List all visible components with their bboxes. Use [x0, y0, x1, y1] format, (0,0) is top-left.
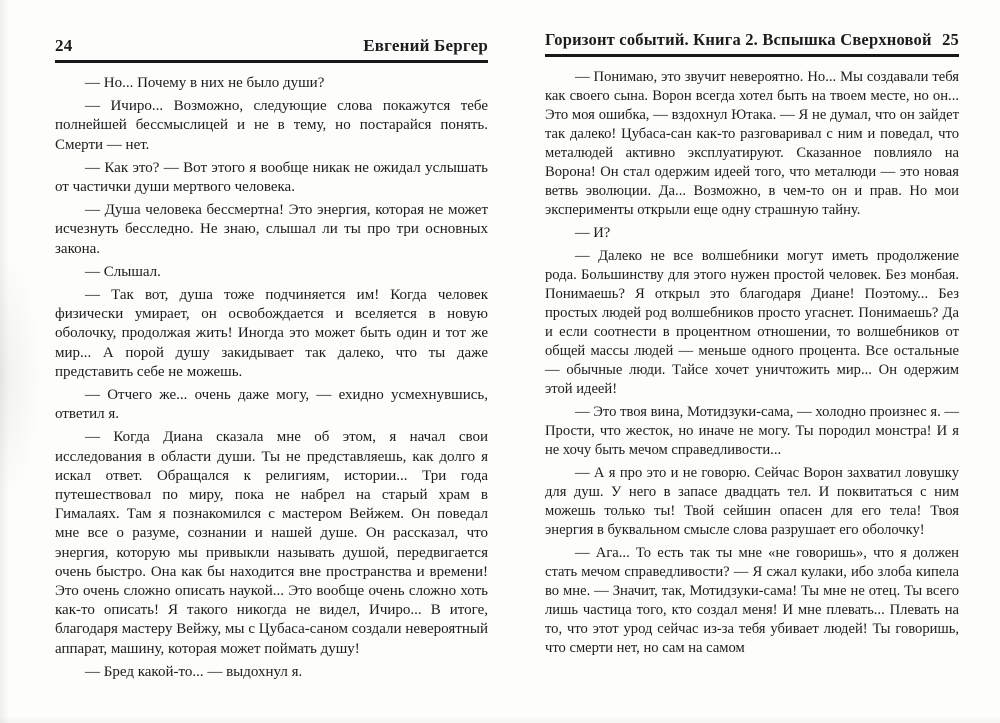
- paragraph: — Душа человека бессмертна! Это энергия,…: [55, 201, 488, 259]
- running-title-author: Евгений Бергер: [363, 36, 488, 56]
- paragraph: — А я про это и не говорю. Сейчас Ворон …: [545, 464, 959, 540]
- paragraph: — Так вот, душа тоже подчиняется им! Ког…: [55, 286, 488, 382]
- paragraph: — Это твоя вина, Мотидзуки-сама, — холод…: [545, 403, 959, 460]
- paragraph: — Как это? — Вот этого я вообще никак не…: [55, 159, 488, 197]
- paragraph: — Но... Почему в них не было души?: [55, 74, 488, 93]
- page-number-right: 25: [942, 30, 959, 50]
- paragraph: — Слышал.: [55, 263, 488, 282]
- paragraph: — И?: [545, 224, 959, 243]
- paragraph: — Отчего же... очень даже могу, — ехидно…: [55, 386, 488, 424]
- book-spread-scan: 24 Евгений Бергер — Но... Почему в них н…: [0, 0, 1000, 723]
- page-24: 24 Евгений Бергер — Но... Почему в них н…: [55, 36, 488, 682]
- paragraph: — Ага... То есть так ты мне «не говоришь…: [545, 544, 959, 658]
- page-25-running-head: Горизонт событий. Книга 2. Вспышка Сверх…: [545, 30, 959, 57]
- page-24-running-head: 24 Евгений Бергер: [55, 36, 488, 63]
- page-25-text: — Понимаю, это звучит невероятно. Но... …: [545, 68, 959, 658]
- paragraph: — Ичиро... Возможно, следующие слова пок…: [55, 97, 488, 155]
- paragraph: — Далеко не все волшебники могут иметь п…: [545, 247, 959, 399]
- page-24-text: — Но... Почему в них не было души?— Ичир…: [55, 74, 488, 682]
- paragraph: — Когда Диана сказала мне об этом, я нач…: [55, 428, 488, 658]
- page-25: Горизонт событий. Книга 2. Вспышка Сверх…: [545, 30, 959, 658]
- running-title-book: Горизонт событий. Книга 2. Вспышка Сверх…: [545, 30, 932, 50]
- paragraph: — Понимаю, это звучит невероятно. Но... …: [545, 68, 959, 220]
- page-number-left: 24: [55, 36, 72, 56]
- paragraph: — Бред какой-то... — выдохнул я.: [55, 663, 488, 682]
